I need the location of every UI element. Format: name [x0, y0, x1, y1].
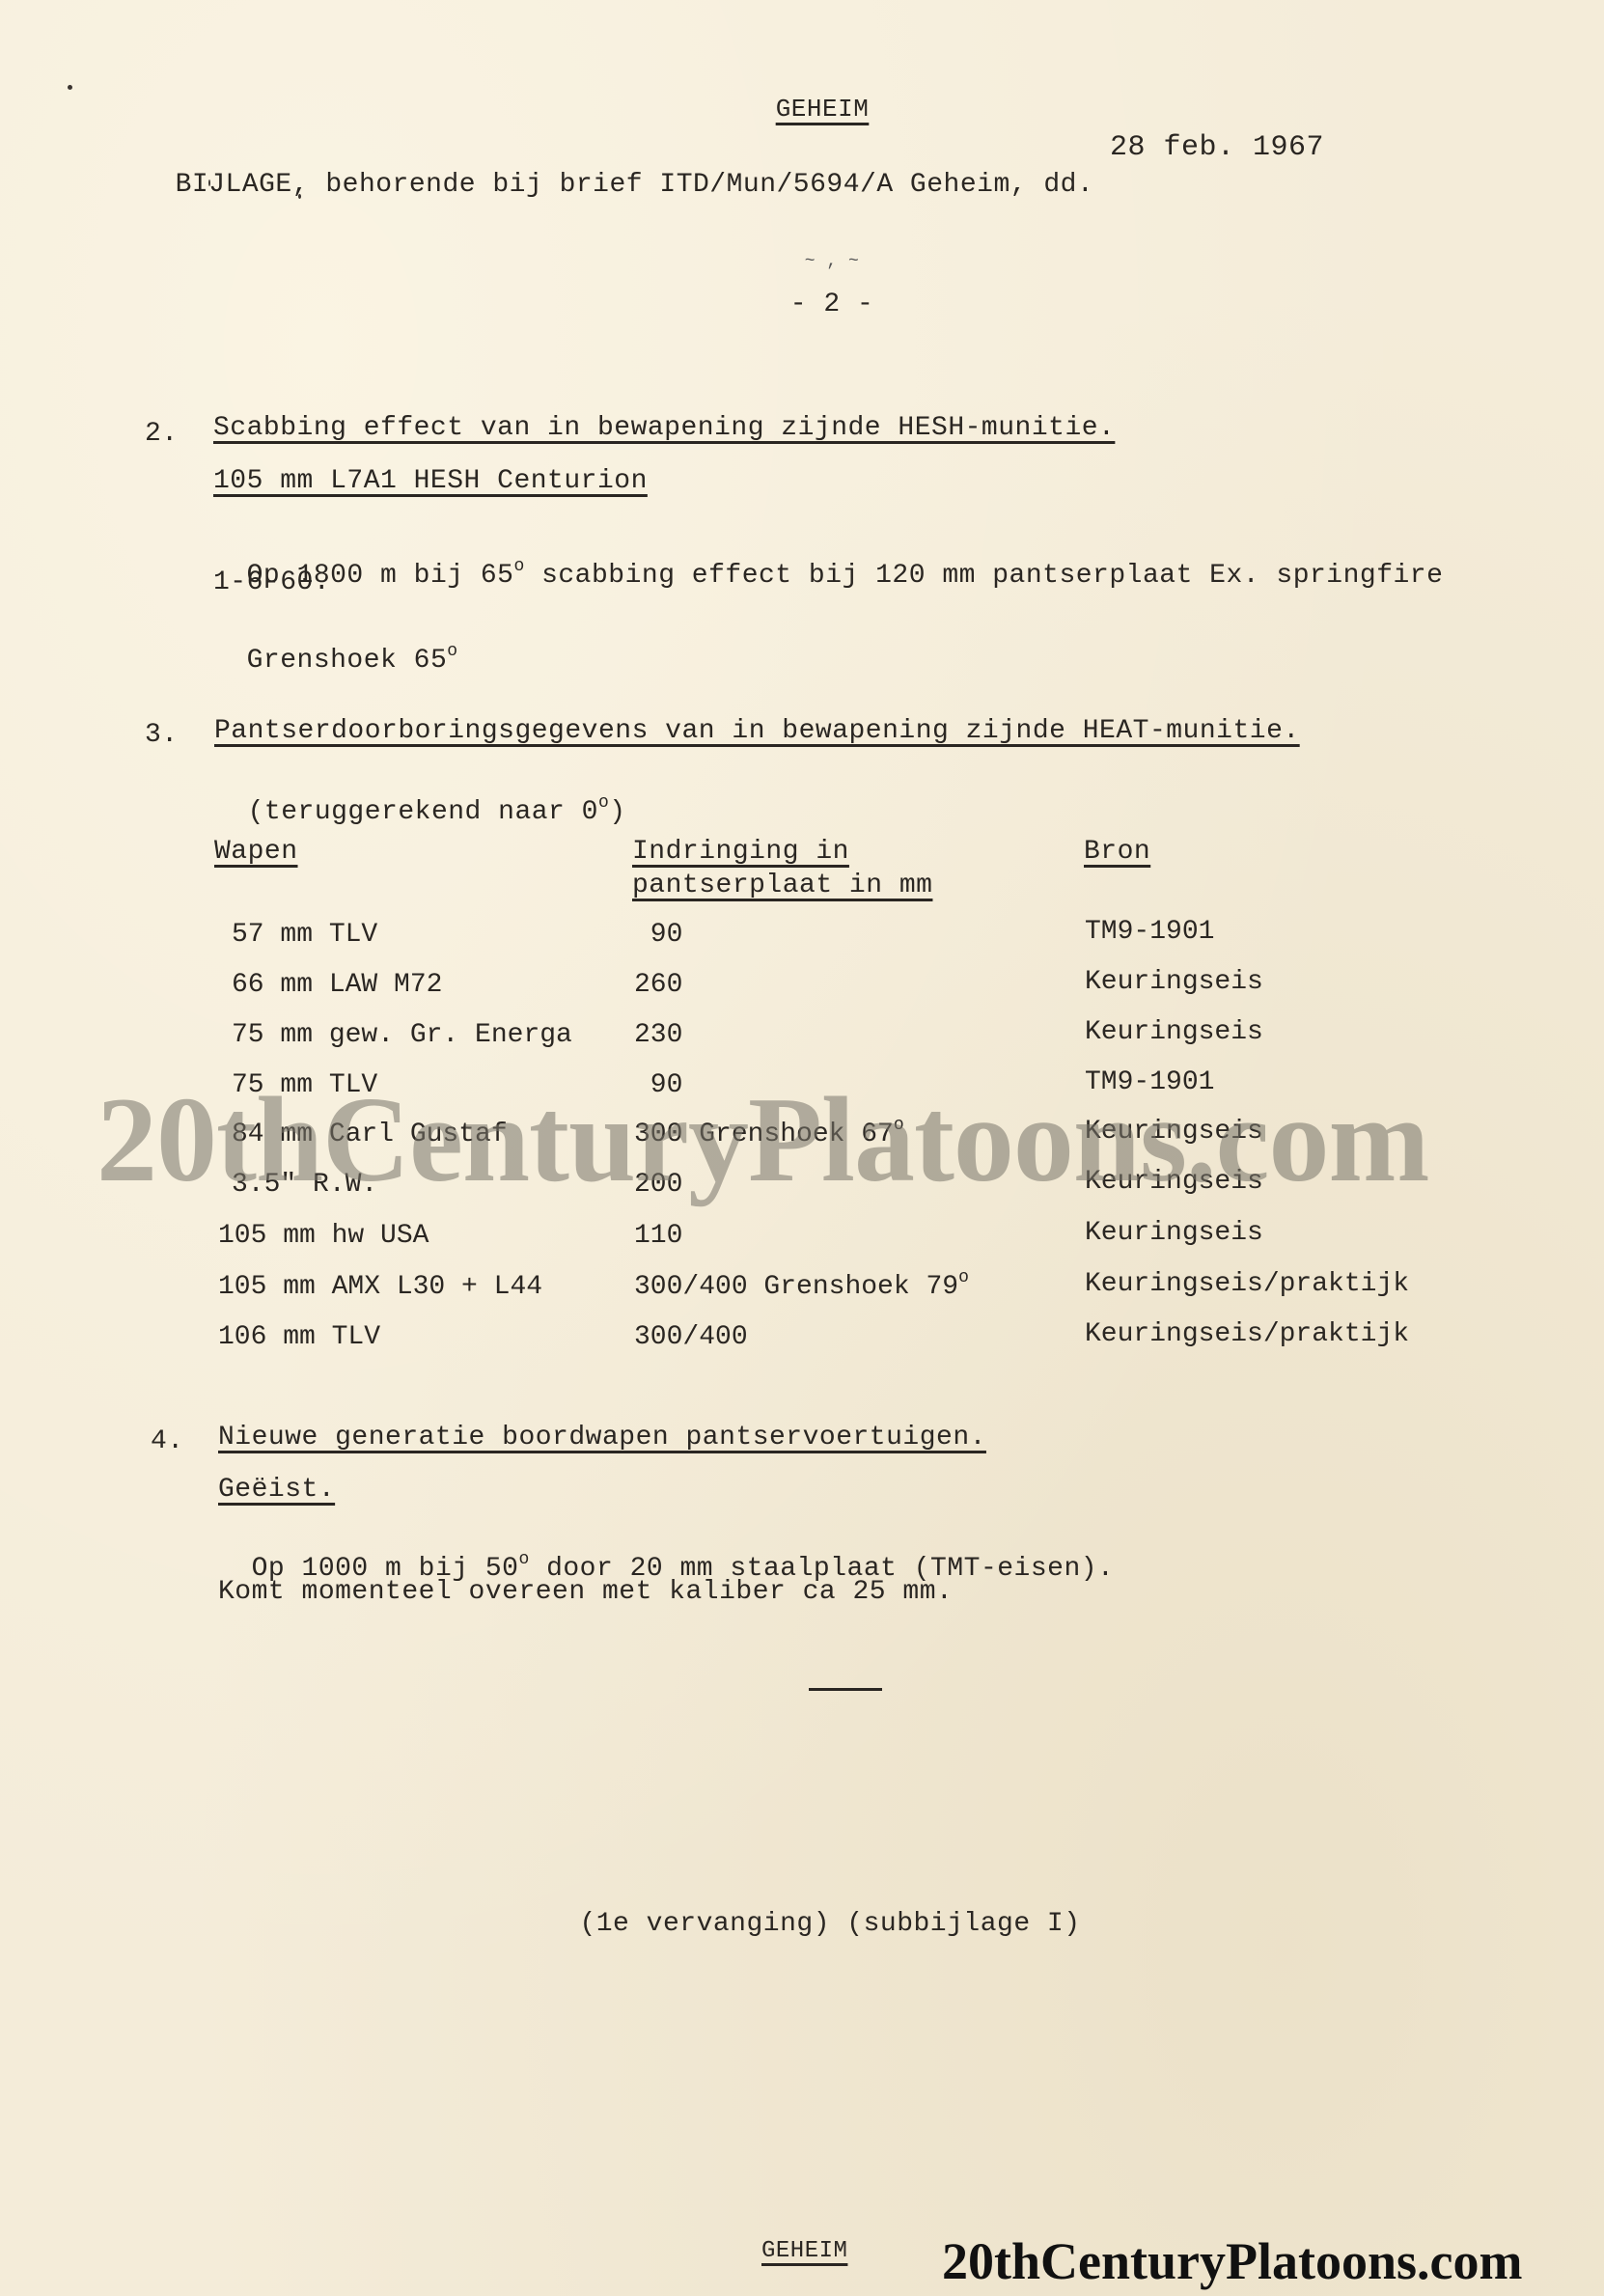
section2-line2: 1-6-60.: [213, 569, 330, 596]
cell-source: Keuringseis: [1085, 1220, 1263, 1247]
replacement-note: (1e vervanging) (subbijlage I): [579, 1911, 1080, 1938]
column-header-penetration-line2: pantserplaat in mm: [632, 872, 932, 899]
section3-note: (teruggerekend naar 0o): [214, 772, 626, 826]
classification-footer: GEHEIM: [761, 2240, 847, 2263]
section3-number: 3.: [145, 722, 179, 749]
penetration-value: 230: [634, 1020, 682, 1050]
section2-subheading: 105 mm L7A1 HESH Centurion: [213, 468, 648, 495]
section2-line1: Op 1800 m bij 65o scabbing effect bij 12…: [213, 536, 1443, 590]
document-date: 28 feb. 1967: [1110, 133, 1324, 162]
column-header-weapon: Wapen: [214, 839, 298, 866]
penetration-value: 300/400: [634, 1272, 748, 1302]
cell-source: TM9-1901: [1085, 1069, 1214, 1096]
cell-weapon: 57 mm TLV: [232, 922, 377, 949]
section2-heading: Scabbing effect van in bewapening zijnde…: [213, 415, 1115, 442]
degree-symbol: o: [513, 557, 524, 576]
penetration-value: 300/400: [634, 1322, 748, 1352]
cell-penetration: 300 Grenshoek 67o: [634, 1121, 904, 1148]
section3-note-close: ): [609, 797, 625, 827]
cell-source: Keuringseis: [1085, 1119, 1263, 1146]
site-footer: 20thCenturyPlatoons.com: [942, 2231, 1522, 2291]
limit-angle-text: Grenshoek 65: [247, 646, 448, 676]
cell-penetration: 90: [634, 1072, 682, 1099]
cell-weapon: 66 mm LAW M72: [232, 972, 442, 999]
cell-weapon: 106 mm TLV: [218, 1324, 380, 1351]
end-rule: [809, 1688, 882, 1691]
page-number: - 2 -: [790, 291, 874, 318]
penetration-value: 260: [634, 970, 682, 1000]
penetration-value: 300: [634, 1120, 682, 1149]
section4-line1: Op 1000 m bij 50o door 20 mm staalplaat …: [218, 1529, 1114, 1583]
cell-penetration: 90: [634, 922, 682, 949]
penetration-value: 90: [634, 920, 682, 950]
cell-weapon: 105 mm hw USA: [218, 1223, 429, 1250]
cell-weapon: 84 mm Carl Gustaf: [232, 1121, 508, 1148]
cell-penetration: 200: [634, 1172, 682, 1199]
section4-heading: Nieuwe generatie boordwapen pantservoert…: [218, 1425, 986, 1452]
degree-symbol: o: [894, 1116, 904, 1135]
paper-speck: [68, 85, 72, 90]
section3-note-text: (teruggerekend naar 0: [248, 797, 598, 827]
cell-weapon: 75 mm TLV: [232, 1072, 377, 1099]
degree-symbol: o: [518, 1550, 529, 1569]
cell-source: Keuringseis/praktijk: [1085, 1321, 1409, 1348]
section2-line1-rest: scabbing effect bij 120 mm pantserplaat …: [525, 561, 1444, 591]
cell-weapon: 3.5" R.W.: [232, 1172, 377, 1199]
cell-penetration: 110: [634, 1223, 682, 1250]
cell-penetration: 230: [634, 1022, 682, 1049]
classification-header: GEHEIM: [776, 97, 870, 122]
bijlage-reference: BIJLAGE, behorende bij brief ITD/Mun/569…: [142, 145, 1093, 199]
section4-line2: Komt momenteel overeen met kaliber ca 25…: [218, 1579, 953, 1606]
limit-angle-note: Grenshoek 79: [748, 1272, 958, 1302]
cell-source: Keuringseis/praktijk: [1085, 1271, 1409, 1298]
degree-symbol: o: [598, 793, 609, 813]
cell-source: Keuringseis: [1085, 1019, 1263, 1046]
section4-subheading: Geëist.: [218, 1477, 335, 1504]
cell-weapon: 75 mm gew. Gr. Energa: [232, 1022, 572, 1049]
cell-source: Keuringseis: [1085, 1169, 1263, 1196]
section4-number: 4.: [151, 1428, 184, 1455]
penetration-value: 110: [634, 1221, 682, 1251]
cell-source: TM9-1901: [1085, 919, 1214, 946]
degree-symbol: o: [958, 1268, 969, 1287]
column-header-penetration: Indringing in: [632, 839, 849, 866]
limit-angle-note: Grenshoek 67: [682, 1120, 893, 1149]
cell-penetration: 300/400 Grenshoek 79o: [634, 1274, 969, 1301]
cell-penetration: 260: [634, 972, 682, 999]
cell-weapon: 105 mm AMX L30 + L44: [218, 1274, 542, 1301]
section2-limit-angle: Grenshoek 65o: [213, 621, 458, 675]
section2-number: 2.: [145, 421, 179, 448]
cell-penetration: 300/400: [634, 1324, 748, 1351]
penetration-value: 200: [634, 1170, 682, 1200]
page-marks: ~ , ~: [805, 253, 860, 270]
penetration-value: 90: [634, 1070, 682, 1100]
cell-source: Keuringseis: [1085, 969, 1263, 996]
bijlage-text: BIJLAGE, behorende bij brief ITD/Mun/569…: [176, 170, 1094, 200]
section3-heading: Pantserdoorboringsgegevens van in bewape…: [214, 718, 1300, 745]
column-header-source: Bron: [1084, 839, 1150, 866]
degree-symbol: o: [447, 642, 457, 661]
